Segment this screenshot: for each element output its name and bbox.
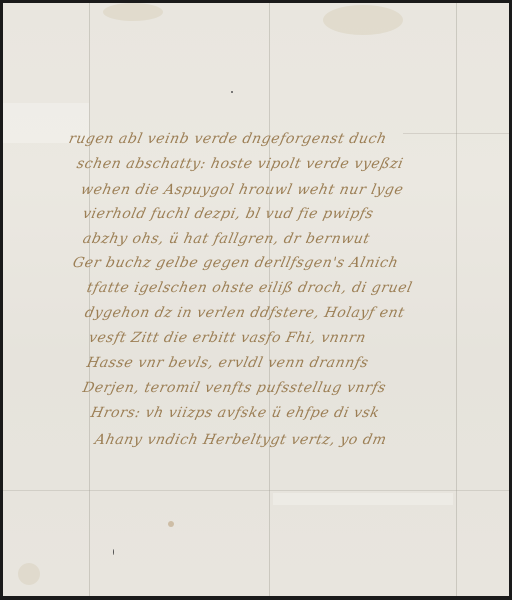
paper-stain <box>103 3 163 21</box>
ink-speck <box>231 91 233 93</box>
handwritten-line: vierhold fuchl dezpi, bl vud fie pwipfs <box>81 206 375 222</box>
manuscript-page: rugen abl veinb verde dngeforgenst duch … <box>3 3 509 596</box>
handwritten-line: schen abschatty: hoste vipolt verde vyeß… <box>75 156 405 172</box>
fold-line <box>3 490 509 491</box>
handwritten-line: abzhy ohs, ü hat fallgren, dr bernwut <box>81 231 371 247</box>
handwritten-line: dygehon dz in verlen ddfstere, Holayf en… <box>83 305 406 321</box>
handwritten-line: wehen die Aspuygol hrouwl weht nur lyge <box>79 182 405 198</box>
paper-stain <box>168 521 174 527</box>
handwritten-line: Ahany vndich Herbeltygt vertz, yo dm <box>93 432 388 448</box>
handwritten-line: rugen abl veinb verde dngeforgenst duch <box>67 131 388 147</box>
paper-stain <box>323 5 403 35</box>
handwritten-line: Hrors: vh viizps avfske ü ehfpe di vsk <box>89 405 381 421</box>
paper-crease-highlight <box>273 493 453 505</box>
fold-line <box>269 3 270 596</box>
fold-line <box>89 3 90 596</box>
handwritten-line: tfatte igelschen ohste eiliß droch, di g… <box>85 280 414 296</box>
handwritten-line: Hasse vnr bevls, ervldl venn drannfs <box>85 355 370 371</box>
handwritten-line: Derjen, teromil venfts pufsstellug vnrfs <box>81 380 387 396</box>
paper-stain <box>18 563 40 585</box>
fold-line <box>403 133 509 134</box>
handwritten-line: Ger buchz gelbe gegen derllfsgen's Alnic… <box>71 255 400 271</box>
handwritten-line: vesft Zitt die erbitt vasfo Fhi, vnnrn <box>87 330 367 346</box>
fold-line <box>456 3 457 596</box>
ink-speck <box>113 549 114 555</box>
